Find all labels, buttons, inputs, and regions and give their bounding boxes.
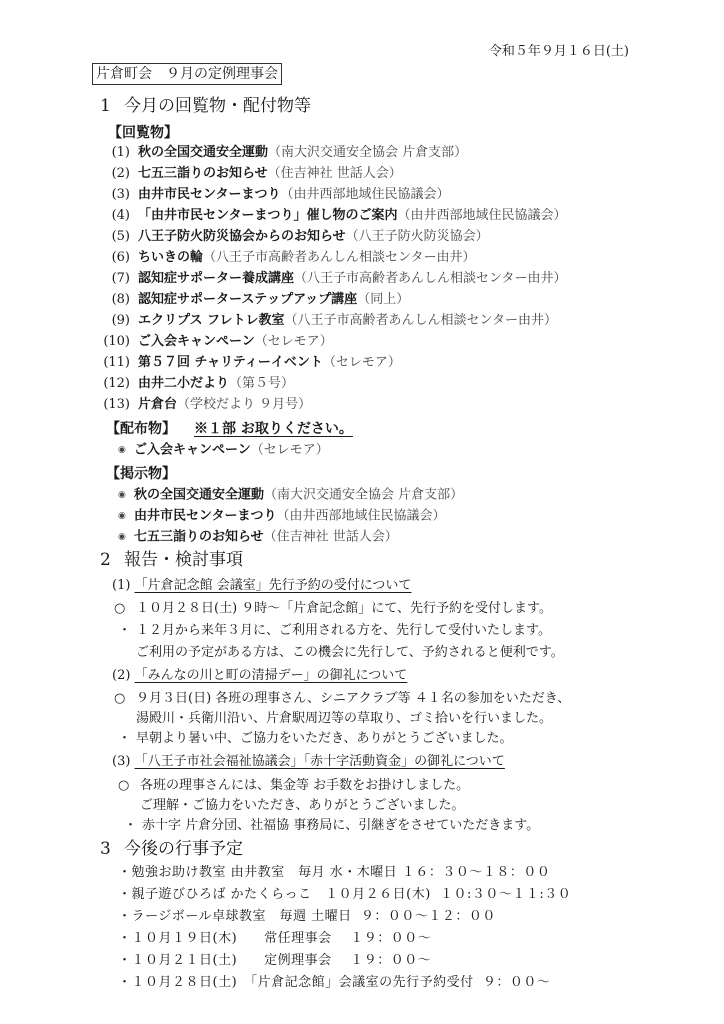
topic-2-title: (2) 「みんなの川と町の清掃デー」の御礼について <box>112 666 407 685</box>
topic-2-line: 湯殿川・兵衛川沿い、片倉駅周辺等の草取り、ゴミ拾いを行いました。 <box>136 709 552 728</box>
posted-label: 【掲示物】 <box>106 463 176 483</box>
event-row: ・１０月１９日(木) 常任理事会 １９：００～ <box>118 929 571 951</box>
document-page: 令和５年９月１６日(土) 片倉町会 ９月の定例理事会 1今月の回覧物・配付物等 … <box>0 0 724 1024</box>
events-list: ・勉強お助け教室 由井教室 毎月 水・木曜日 １６：３０～１８：００ ・親子遊び… <box>118 863 571 995</box>
event-row: ・勉強お助け教室 由井教室 毎月 水・木曜日 １６：３０～１８：００ <box>118 863 571 885</box>
bullet-icon: ◉ <box>118 507 134 525</box>
list-item: (1)秋の全国交通安全運動（南大沢交通安全協会 片倉支部） <box>100 144 567 165</box>
event-row: ・親子遊びひろば かたくらっこ １０月２６日(木) １０:３０～１１:３０ <box>118 885 571 907</box>
topic-1-line: ○１０月２８日(土) ９時～「片倉記念館」にて、先行予約を受付します。 <box>114 599 552 618</box>
bullet-icon: ◉ <box>118 441 134 459</box>
distributed-label: 【配布物】※１部 お取りください。 <box>106 418 353 438</box>
list-item: (2)七五三詣りのお知らせ（住吉神社 世話人会） <box>100 165 567 186</box>
list-item: (7)認知症サポーター養成講座（八王子市高齢者あんしん相談センター由井） <box>100 270 567 291</box>
list-item: (11)第５７回 チャリティーイベント（セレモア） <box>100 354 567 375</box>
topic-3-line: ・赤十字 片倉分団、社福協 事務局に、引継ぎをさせていただきます。 <box>124 816 539 835</box>
event-row: ・１０月２８日(土) 「片倉記念館」会議室の先行予約受付 ９：００～ <box>118 973 571 995</box>
list-item: ◉由井市民センターまつり（由井西部地域住民協議会） <box>118 507 463 528</box>
section-2-heading: 2報告・検討事項 <box>100 550 243 570</box>
list-item: (8)認知症サポーターステップアップ講座（同上） <box>100 291 567 312</box>
section-3-heading: 3今後の行事予定 <box>100 839 243 859</box>
topic-1-title: (1) 「片倉記念館 会議室」先行予約の受付について <box>112 576 411 595</box>
section-1-heading: 1今月の回覧物・配付物等 <box>100 96 311 116</box>
posted-list: ◉秋の全国交通安全運動（南大沢交通安全協会 片倉支部） ◉由井市民センターまつり… <box>118 486 463 549</box>
topic-1-line: ・１２月から来年３月に、ご利用される方を、先行して受付いたします。 <box>118 621 551 640</box>
list-item: ◉秋の全国交通安全運動（南大沢交通安全協会 片倉支部） <box>118 486 463 507</box>
topic-3-line: ご理解・ご協力をいただき、ありがとうございました。 <box>140 796 464 815</box>
list-item: ◉七五三詣りのお知らせ（住吉神社 世話人会） <box>118 528 463 549</box>
event-row: ・１０月２１日(土) 定例理事会 １９：００～ <box>118 951 571 973</box>
circulars-label: 【回覧物】 <box>108 122 178 142</box>
list-item: (13)片倉台（学校だより ９月号） <box>100 396 567 417</box>
topic-1-line: ご利用の予定がある方は、この機会に先行して、予約されると便利です。 <box>136 643 564 662</box>
bullet-icon: ◉ <box>118 486 134 504</box>
event-row: ・ラージボール卓球教室 毎週 土曜日 ９：００～１２：００ <box>118 907 571 929</box>
topic-3-title: (3) 「八王子市社会福祉協議会」「赤十字活動資金」の御礼について <box>112 752 505 771</box>
list-item: (12)由井二小だより（第５号） <box>100 375 567 396</box>
distributed-note: ※１部 お取りください。 <box>194 421 353 437</box>
topic-2-line: ○９月３日(日) 各班の理事さん、シニアクラブ等 ４１名の参加をいただき、 <box>114 689 570 708</box>
list-item: (6)ちいきの輪（八王子市高齢者あんしん相談センター由井） <box>100 249 567 270</box>
list-item: ◉ご入会キャンペーン（セレモア） <box>118 441 329 460</box>
list-item: (3)由井市民センターまつり（由井西部地域住民協議会） <box>100 186 567 207</box>
list-item: (4)「由井市民センターまつり」催し物のご案内（由井西部地域住民協議会） <box>100 207 567 228</box>
circulars-list: (1)秋の全国交通安全運動（南大沢交通安全協会 片倉支部） (2)七五三詣りのお… <box>100 144 567 417</box>
list-item: (10)ご入会キャンペーン（セレモア） <box>100 333 567 354</box>
bullet-icon: ◉ <box>118 528 134 546</box>
document-title: 片倉町会 ９月の定例理事会 <box>92 63 282 85</box>
topic-2-line: ・早朝より暑い中、ご協力をいただき、ありがとうございました。 <box>118 729 512 748</box>
document-date: 令和５年９月１６日(土) <box>489 40 629 59</box>
list-item: (5)八王子防火防災協会からのお知らせ（八王子防火防災協会） <box>100 228 567 249</box>
topic-3-line: ○各班の理事さんには、集金等 お手数をお掛けしました。 <box>118 776 469 795</box>
list-item: (9)エクリプス フレトレ教室（八王子市高齢者あんしん相談センター由井） <box>100 312 567 333</box>
